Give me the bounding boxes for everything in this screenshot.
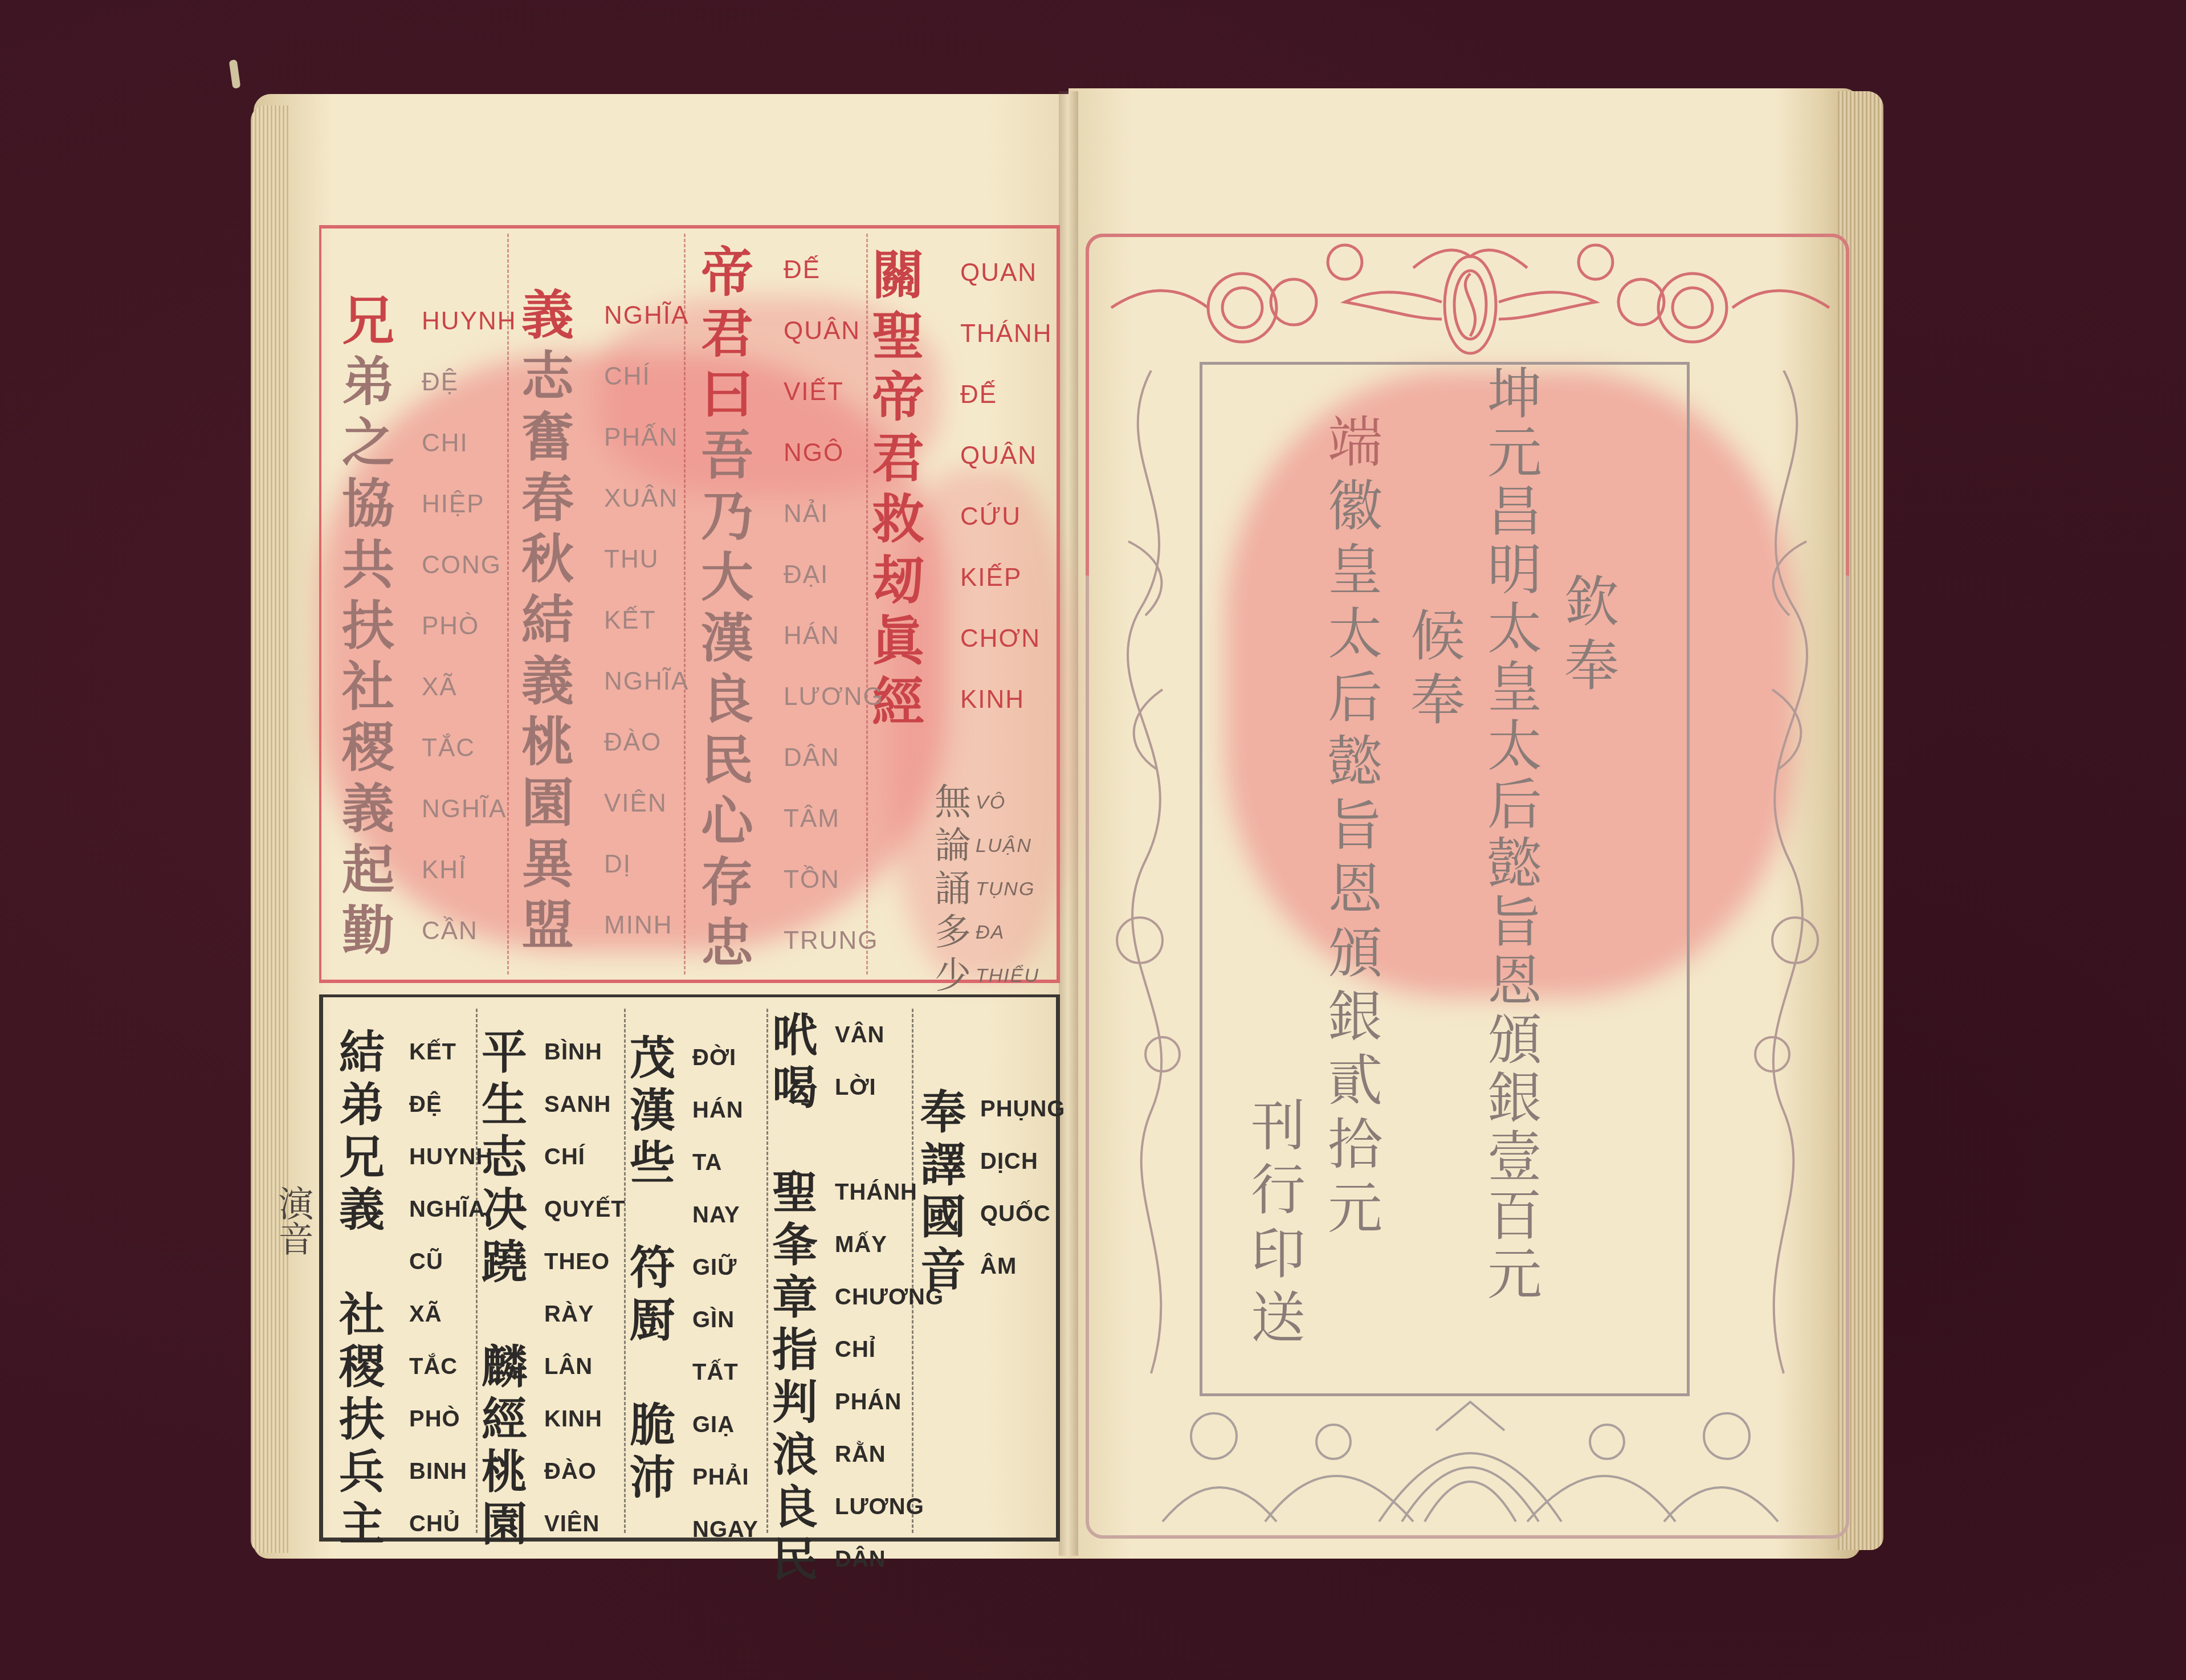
rom-word: ĐA (976, 911, 1039, 954)
rom-word: ĐẾ (960, 364, 1053, 425)
han-char: 𠰺 (772, 1009, 818, 1061)
b4-romanization: KẾT ĐỆ HUYNH NGHĨA CŨ XÃ TẮC PHÒ BINH CH… (409, 1026, 493, 1550)
han-char: 太 (1487, 600, 1542, 658)
han-char: 沛 (630, 1451, 675, 1503)
han-char: 行 (1251, 1158, 1306, 1222)
rom-word: LƯƠNG (835, 1481, 944, 1533)
rom-word: PHẢI (692, 1451, 758, 1503)
han-char: 之 (342, 413, 394, 474)
han-char: 欽 (1564, 570, 1619, 634)
rom-word: GIỮ (692, 1241, 758, 1294)
rom-word: CẦN (422, 900, 516, 961)
han-char: 拾 (1328, 1112, 1382, 1176)
han-char: 弟 (342, 352, 394, 413)
han-char: 端 (1328, 410, 1382, 474)
han-char: 茂 (630, 1031, 675, 1084)
rom-word: NGÔ (784, 422, 884, 483)
b3-romanization: BÌNH SANH CHÍ QUYẾT THEO RÀY LÂN KINH ĐÀ… (544, 1026, 626, 1550)
han-char: 心 (701, 791, 753, 852)
rom-word: LÂN (544, 1340, 626, 1393)
rom-word: CONG (422, 535, 516, 596)
han-char: 元 (1487, 1245, 1542, 1304)
rom-word: NGHĨA (604, 285, 689, 346)
rom-word: HÁN (784, 605, 884, 666)
han-char: 誦 (935, 867, 971, 911)
rom-word: RÀY (544, 1288, 626, 1340)
rom-word: DÂN (784, 727, 884, 788)
han-char: 少 (935, 954, 971, 997)
han-char: 扶 (339, 1393, 385, 1445)
rom-word: TỒN (784, 849, 884, 910)
line2-han-column: 義 志 奮 春 秋 結 義 桃 園 異 盟 (521, 285, 574, 956)
wave-mountain-ornament (1094, 1396, 1846, 1527)
rom-word: DÂN (835, 1533, 944, 1585)
han-char: 元 (1487, 423, 1542, 482)
han-char: 夆 (772, 1218, 818, 1271)
rom-word: VÔ (976, 781, 1039, 824)
rom-word: GÌN (692, 1294, 758, 1346)
han-char: 論 (935, 824, 971, 867)
han-char: 明 (1487, 541, 1542, 600)
han-char: 昌 (1487, 482, 1542, 541)
rom-word: CHỈ (835, 1323, 944, 1376)
rom-word: GIẠ (692, 1398, 758, 1451)
rom-word: KẾT (409, 1026, 493, 1078)
han-char: 頒 (1487, 1010, 1542, 1069)
rom-word: THU (604, 529, 689, 590)
rom-word: THEO (544, 1235, 626, 1288)
han-char: 懿 (1328, 729, 1382, 793)
han-char: 帝 (701, 242, 753, 303)
b1-han-column: 𠰺 喝 聖 夆 章 指 判 浪 良 民 (772, 1009, 818, 1585)
rom-word: NGHĨA (422, 778, 516, 839)
rom-word: TRUNG (784, 910, 884, 971)
rom-word: QUYẾT (544, 1183, 626, 1235)
han-char: 秋 (521, 529, 574, 590)
han-char: 義 (339, 1183, 385, 1235)
han-char: 良 (701, 669, 753, 730)
dragon-ornament-right (1727, 370, 1841, 1385)
rom-word: CHƯƠNG (835, 1271, 944, 1323)
note-han-column: 無 論 誦 多 少 (935, 781, 971, 997)
han-char: 㕑 (630, 1294, 675, 1346)
han-char: 共 (342, 535, 394, 596)
rom-word: TA (692, 1136, 758, 1189)
rom-word: BINH (409, 1445, 493, 1498)
han-char: 盟 (521, 895, 574, 956)
han-char: 義 (521, 285, 574, 346)
rom-word: ĐÀO (544, 1445, 626, 1498)
han-char: 判 (772, 1376, 818, 1428)
b2-han-column: 茂 漢 些 𥪝 符 㕑 𪨈 脆 沛 𨁡 (630, 1031, 675, 1556)
rom-word: NGAY (692, 1503, 758, 1556)
han-char: 喝 (772, 1061, 818, 1114)
han-char: 候 (1410, 604, 1465, 668)
han-char: 銀 (1487, 1069, 1542, 1128)
han-char: 起 (342, 839, 394, 900)
rom-word: CHÍ (604, 346, 689, 407)
rom-word: ÂM (980, 1240, 1065, 1292)
han-char: 脆 (630, 1398, 675, 1451)
han-char: 民 (772, 1533, 818, 1585)
rom-word: LỜI (835, 1061, 944, 1114)
rom-word: XUÂN (604, 468, 689, 529)
rom-word: PHỤNG (980, 1083, 1065, 1135)
han-char: 君 (701, 303, 753, 364)
han-char: 旨 (1328, 793, 1382, 857)
han-char: 扶 (342, 596, 394, 656)
rom-word: VIÊN (604, 773, 689, 834)
line3-han-column: 兄 弟 之 協 共 扶 社 稷 義 起 勤 (342, 291, 394, 961)
rom-word: ĐẾ (784, 239, 884, 300)
rom-word: CHÍ (544, 1131, 626, 1183)
han-char: 春 (521, 468, 574, 529)
han-char: 印 (1251, 1222, 1306, 1286)
title-romanization: QUAN THÁNH ĐẾ QUÂN CỨU KIẾP CHƠN KINH (960, 242, 1053, 730)
rom-word: NGHĨA (604, 651, 689, 712)
right-column-4: 端 徽 皇 太 后 懿 旨 恩 頒 銀 貳 拾 元 (1328, 410, 1382, 1240)
han-char: 漢 (630, 1084, 675, 1136)
han-char: 頒 (1328, 921, 1382, 985)
rom-word: NẢI (784, 483, 884, 544)
rom-word: LUẬN (976, 824, 1039, 867)
han-char: 壹 (1487, 1128, 1542, 1186)
rom-word: HIỆP (422, 474, 516, 535)
rom-word: CHƠN (960, 608, 1053, 669)
rom-word: HÁN (692, 1084, 758, 1136)
han-char: 協 (342, 474, 394, 535)
han-char: 漢 (701, 608, 753, 669)
han-char: 太 (1328, 602, 1382, 666)
han-char: 志 (521, 346, 574, 407)
rom-word: TẮC (409, 1340, 493, 1393)
rom-word: THÁNH (960, 303, 1053, 364)
rom-word: MINH (604, 895, 689, 956)
rom-word: PHÁN (835, 1376, 944, 1428)
han-char: 皇 (1328, 538, 1382, 602)
han-char: 貳 (1328, 1049, 1382, 1112)
rom-word: NGHĨA (409, 1183, 493, 1235)
han-char: 皇 (1487, 658, 1542, 717)
rom-word: QUỐC (980, 1188, 1065, 1240)
dragon-ornament-left (1094, 370, 1208, 1385)
rom-word: CHỦ (409, 1498, 493, 1550)
rom-word: CŨ (409, 1235, 493, 1288)
rom-word: TÂM (784, 788, 884, 849)
han-char: 吾 (701, 425, 753, 486)
rom-word: HUYNH (409, 1131, 493, 1183)
rom-word: KHỈ (422, 839, 516, 900)
han-char: 民 (701, 730, 753, 791)
han-char: 勤 (342, 900, 394, 961)
rom-word: KẾT (604, 590, 689, 651)
rom-word: DỊCH (980, 1135, 1065, 1188)
rom-word: ĐỆ (409, 1078, 493, 1131)
han-char: 恩 (1328, 857, 1382, 921)
han-char: 結 (339, 1026, 385, 1078)
han-char: 存 (701, 852, 753, 913)
rom-word: PHÒ (409, 1393, 493, 1445)
han-char: 章 (772, 1271, 818, 1323)
han-char: 無 (935, 781, 971, 824)
han-char: 懿 (1487, 834, 1542, 893)
rom-word: BÌNH (544, 1026, 626, 1078)
han-char: 義 (521, 651, 574, 712)
rom-word: TẤT (692, 1346, 758, 1398)
han-char: 后 (1487, 776, 1542, 834)
han-char: 坤 (1487, 365, 1542, 423)
rom-word: HUYNH (422, 291, 516, 352)
han-char: 兄 (339, 1131, 385, 1183)
rom-word: XÃ (422, 656, 516, 717)
han-char: 送 (1251, 1286, 1306, 1349)
rom-word: XÃ (409, 1288, 493, 1340)
rom-word: PHẤN (604, 407, 689, 468)
han-char: 旨 (1487, 893, 1542, 952)
han-char: 奮 (521, 407, 574, 468)
han-char: 主 (339, 1498, 385, 1550)
han-char: 大 (701, 547, 753, 608)
han-char: 異 (521, 834, 574, 895)
han-char: 兄 (342, 291, 394, 352)
rom-word: VIÊN (544, 1498, 626, 1550)
rom-word: CỨU (960, 486, 1053, 547)
right-column-2: 坤 元 昌 明 太 皇 太 后 懿 旨 恩 頒 銀 壹 百 元 (1487, 365, 1542, 1304)
han-char: 后 (1328, 666, 1382, 729)
han-char: 恩 (1487, 952, 1542, 1010)
line1-romanization: ĐẾ QUÂN VIẾT NGÔ NẢI ĐẠI HÁN LƯƠNG DÂN T… (784, 239, 884, 971)
han-char: 浪 (772, 1428, 818, 1481)
han-char: 奉 (1564, 634, 1619, 698)
right-column-1: 欽 奉 (1564, 570, 1619, 698)
han-char: 徽 (1328, 474, 1382, 538)
line1-han-column: 帝 君 曰 吾 乃 大 漢 良 民 心 存 忠 (701, 242, 753, 974)
han-char: 太 (1487, 717, 1542, 776)
han-char: 刊 (1251, 1094, 1306, 1158)
han-char: 指 (772, 1323, 818, 1376)
b1-romanization: VÂN LỜI THÁNH MẤY CHƯƠNG CHỈ PHÁN RẰN LƯ… (835, 1009, 944, 1585)
han-char: 符 (630, 1241, 675, 1294)
rom-word: VIẾT (784, 361, 884, 422)
line3-romanization: HUYNH ĐỆ CHI HIỆP CONG PHÒ XÃ TẮC NGHĨA … (422, 291, 516, 961)
rom-word: THÁNH (835, 1166, 944, 1218)
margin-label: 演音 (268, 1185, 319, 1256)
rom-word: ĐẠI (784, 544, 884, 605)
han-char: 社 (339, 1288, 385, 1340)
han-char: 弟 (339, 1078, 385, 1131)
han-char: 百 (1487, 1186, 1542, 1245)
rom-word: LƯƠNG (784, 666, 884, 727)
han-char: 園 (521, 773, 574, 834)
han-char: 桃 (521, 712, 574, 773)
note-romanization: VÔ LUẬN TỤNG ĐA THIỂU (976, 781, 1039, 997)
han-char: 曰 (701, 364, 753, 425)
b2-romanization: ĐỜI HÁN TA NAY GIỮ GÌN TẤT GIẠ PHẢI NGAY (692, 1031, 758, 1556)
han-char: 結 (521, 590, 574, 651)
rom-word: ĐỆ (422, 352, 516, 413)
rom-word: ĐỜI (692, 1031, 758, 1084)
right-column-5: 刊 行 印 送 (1251, 1094, 1306, 1349)
han-char: 兵 (339, 1445, 385, 1498)
rom-word: KINH (544, 1393, 626, 1445)
heading-romanization: PHỤNG DỊCH QUỐC ÂM (980, 1083, 1065, 1292)
rom-word: THIỂU (976, 954, 1039, 997)
line2-romanization: NGHĨA CHÍ PHẤN XUÂN THU KẾT NGHĨA ĐÀO VI… (604, 285, 689, 956)
han-char: 忠 (701, 913, 753, 974)
han-char: 些 (630, 1136, 675, 1189)
rom-word: ĐÀO (604, 712, 689, 773)
han-char: 聖 (772, 1166, 818, 1218)
han-char: 良 (772, 1481, 818, 1533)
rom-word: PHÒ (422, 596, 516, 656)
rom-word: RẰN (835, 1428, 944, 1481)
right-column-3: 候 奉 (1410, 604, 1465, 732)
han-char: 奉 (1410, 668, 1465, 732)
han-char: 銀 (1328, 985, 1382, 1049)
han-char: 稷 (339, 1340, 385, 1393)
column-divider (766, 1009, 768, 1533)
rom-word: CHI (422, 413, 516, 474)
rom-word: SANH (544, 1078, 626, 1131)
han-char: 稷 (342, 717, 394, 778)
left-page-edges (251, 105, 291, 1553)
han-char: 社 (342, 656, 394, 717)
han-char: 元 (1328, 1176, 1382, 1240)
rom-word: KIẾP (960, 547, 1053, 608)
rom-word: QUÂN (784, 300, 884, 361)
rom-word: KINH (960, 669, 1053, 730)
rom-word: DỊ (604, 834, 689, 895)
rom-word: TẮC (422, 717, 516, 778)
han-char: 多 (935, 911, 971, 954)
rom-word: NAY (692, 1189, 758, 1241)
han-char: 乃 (701, 486, 753, 547)
rom-word: VÂN (835, 1009, 944, 1061)
rom-word: TỤNG (976, 867, 1039, 911)
rom-word: QUAN (960, 242, 1053, 303)
cloud-yinyang-ornament (1094, 239, 1846, 370)
han-char: 義 (342, 778, 394, 839)
b4-han-column: 結 弟 兄 義 𣫰 社 稷 扶 兵 主 (339, 1026, 385, 1550)
rom-word: MẤY (835, 1218, 944, 1271)
rom-word: QUÂN (960, 425, 1053, 486)
